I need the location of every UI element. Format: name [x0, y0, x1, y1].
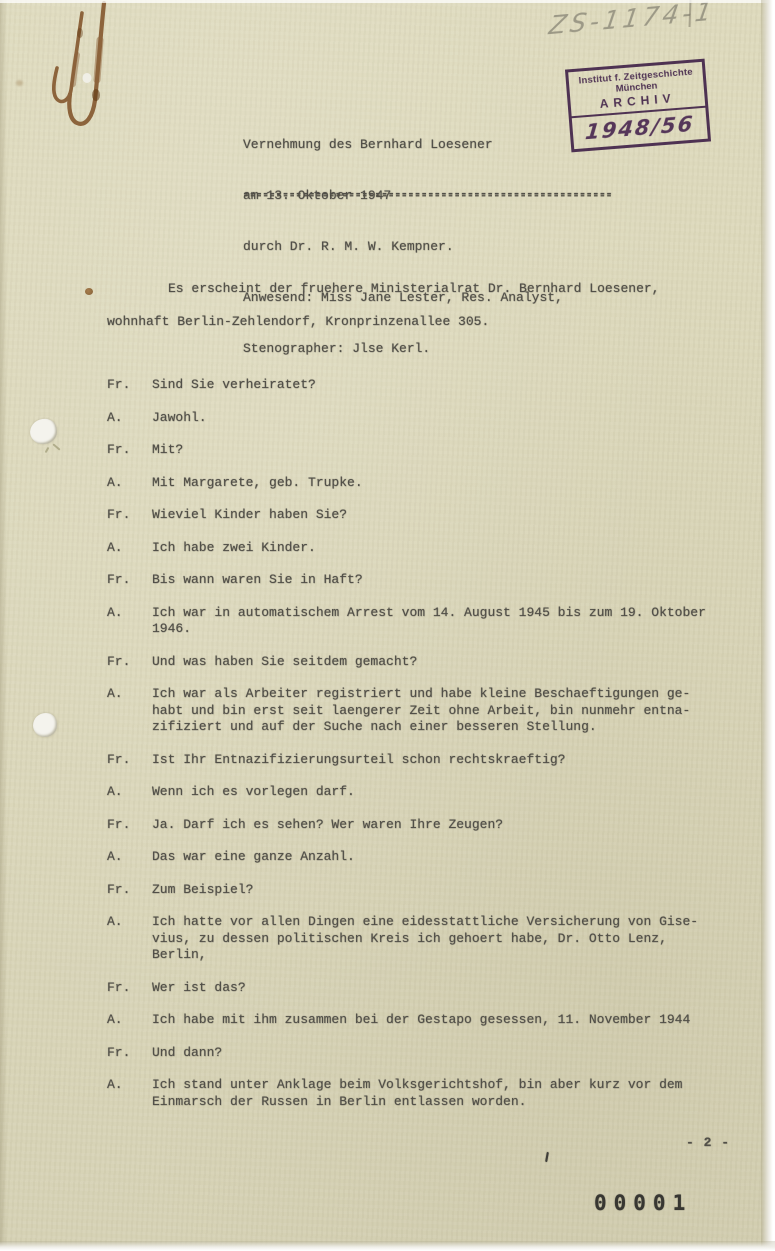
qa-text: Jawohl. — [152, 410, 752, 427]
rust-stain-dot — [16, 80, 23, 86]
speaker-label: A. — [107, 1077, 152, 1094]
scan-edge-bottom — [0, 1241, 775, 1251]
speaker-label: Fr. — [107, 377, 152, 394]
speaker-label: Fr. — [107, 442, 152, 459]
qa-row: A.Ich stand unter Anklage beim Volksgeri… — [107, 1077, 767, 1110]
qa-text: Wer ist das? — [152, 980, 752, 997]
qa-text: Mit? — [152, 442, 752, 459]
qa-row: Fr.Und dann? — [107, 1045, 767, 1062]
speaker-label: Fr. — [107, 752, 152, 769]
speaker-label: Fr. — [107, 980, 152, 997]
qa-text: Ja. Darf ich es sehen? Wer waren Ihre Ze… — [152, 817, 752, 834]
qa-row: A.Ich hatte vor allen Dingen eine eidess… — [107, 914, 767, 964]
intro-line: Es erscheint der fruehere Ministerialrat… — [107, 280, 755, 297]
qa-row: A.Ich habe mit ihm zusammen bei der Gest… — [107, 1012, 767, 1029]
header-line-stenographer: Stenographer: Jlse Kerl. — [243, 340, 563, 357]
qa-text: Wieviel Kinder haben Sie? — [152, 507, 752, 524]
intro-paragraph: Es erscheint der fruehere Ministerialrat… — [107, 280, 755, 330]
qa-text: Mit Margarete, geb. Trupke. — [152, 475, 752, 492]
punch-hole-scratch — [45, 447, 50, 453]
qa-text: Und was haben Sie seitdem gemacht? — [152, 654, 752, 671]
qa-text: Bis wann waren Sie in Haft? — [152, 572, 752, 589]
qa-row: Fr.Ist Ihr Entnazifizierungsurteil schon… — [107, 752, 767, 769]
qa-text: Ich habe mit ihm zusammen bei der Gestap… — [152, 1012, 752, 1029]
qa-row: Fr.Wer ist das? — [107, 980, 767, 997]
scan-edge-right — [761, 0, 775, 1251]
qa-row: Fr.Mit? — [107, 442, 767, 459]
qa-row: A.Wenn ich es vorlegen darf. — [107, 784, 767, 801]
punch-hole-top — [28, 417, 58, 446]
qa-text: Ich hatte vor allen Dingen eine eidessta… — [152, 914, 752, 964]
page-number: - 2 - — [686, 1135, 730, 1150]
speaker-label: A. — [107, 475, 152, 492]
qa-row: A.Ich war in automatischem Arrest vom 14… — [107, 605, 767, 638]
qa-row: A.Das war eine ganze Anzahl. — [107, 849, 767, 866]
paper-sheet: ZS-1174-1 Institut f. Zeitgeschichte Mün… — [0, 0, 775, 1251]
qa-row: A.Ich habe zwei Kinder. — [107, 540, 767, 557]
qa-text: Und dann? — [152, 1045, 752, 1062]
qa-row: Fr.Ja. Darf ich es sehen? Wer waren Ihre… — [107, 817, 767, 834]
qa-text: Ich habe zwei Kinder. — [152, 540, 752, 557]
qa-row: A.Jawohl. — [107, 410, 767, 427]
punch-hole-scratch — [52, 443, 60, 450]
qa-text: Das war eine ganze Anzahl. — [152, 849, 752, 866]
stray-pen-mark — [545, 1152, 549, 1162]
scan-edge-top — [0, 0, 775, 3]
speaker-label: Fr. — [107, 572, 152, 589]
speaker-label: A. — [107, 914, 152, 931]
speaker-label: A. — [107, 686, 152, 703]
qa-row: Fr.Wieviel Kinder haben Sie? — [107, 507, 767, 524]
qa-row: Fr.Sind Sie verheiratet? — [107, 377, 767, 394]
intro-line: wohnhaft Berlin-Zehlendorf, Kronprinzena… — [107, 313, 755, 330]
qa-row: Fr.Zum Beispiel? — [107, 882, 767, 899]
qa-row: A.Ich war als Arbeiter registriert und h… — [107, 686, 767, 736]
qa-text: Ich war als Arbeiter registriert und hab… — [152, 686, 752, 736]
speaker-label: A. — [107, 784, 152, 801]
speaker-label: Fr. — [107, 654, 152, 671]
paperclip-rust-stain-icon — [40, 0, 135, 155]
document-serial-stamp: 00001 — [594, 1191, 692, 1215]
header-separator: ----------------------------------------… — [242, 186, 612, 201]
qa-text: Ich war in automatischem Arrest vom 14. … — [152, 605, 752, 638]
qa-text: Zum Beispiel? — [152, 882, 752, 899]
header-line-title: Vernehmung des Bernhard Loesener — [243, 136, 563, 153]
qa-row: A.Mit Margarete, geb. Trupke. — [107, 475, 767, 492]
speaker-label: A. — [107, 1012, 152, 1029]
speaker-label: Fr. — [107, 817, 152, 834]
qa-text: Sind Sie verheiratet? — [152, 377, 752, 394]
qa-row: Fr.Bis wann waren Sie in Haft? — [107, 572, 767, 589]
punch-hole-bottom — [33, 713, 57, 737]
speaker-label: Fr. — [107, 1045, 152, 1062]
scanned-document: ZS-1174-1 Institut f. Zeitgeschichte Mün… — [0, 0, 775, 1251]
brown-stain-dot — [85, 288, 93, 295]
qa-text: Ist Ihr Entnazifizierungsurteil schon re… — [152, 752, 752, 769]
header-line-interrogator: durch Dr. R. M. W. Kempner. — [243, 238, 563, 255]
qa-text: Ich stand unter Anklage beim Volksgerich… — [152, 1077, 752, 1110]
speaker-label: Fr. — [107, 507, 152, 524]
archive-stamp: Institut f. Zeitgeschichte München ARCHI… — [565, 59, 711, 153]
speaker-label: A. — [107, 410, 152, 427]
qa-text: Wenn ich es vorlegen darf. — [152, 784, 752, 801]
speaker-label: A. — [107, 540, 152, 557]
qa-list: Fr.Sind Sie verheiratet? A.Jawohl. Fr.Mi… — [107, 377, 767, 1126]
scan-edge-left — [0, 0, 7, 1251]
qa-row: Fr.Und was haben Sie seitdem gemacht? — [107, 654, 767, 671]
speaker-label: Fr. — [107, 882, 152, 899]
document-header: Vernehmung des Bernhard Loesener am 13. … — [243, 102, 563, 391]
speaker-label: A. — [107, 849, 152, 866]
speaker-label: A. — [107, 605, 152, 622]
archive-signature-handwritten: ZS-1174-1 — [547, 0, 718, 41]
